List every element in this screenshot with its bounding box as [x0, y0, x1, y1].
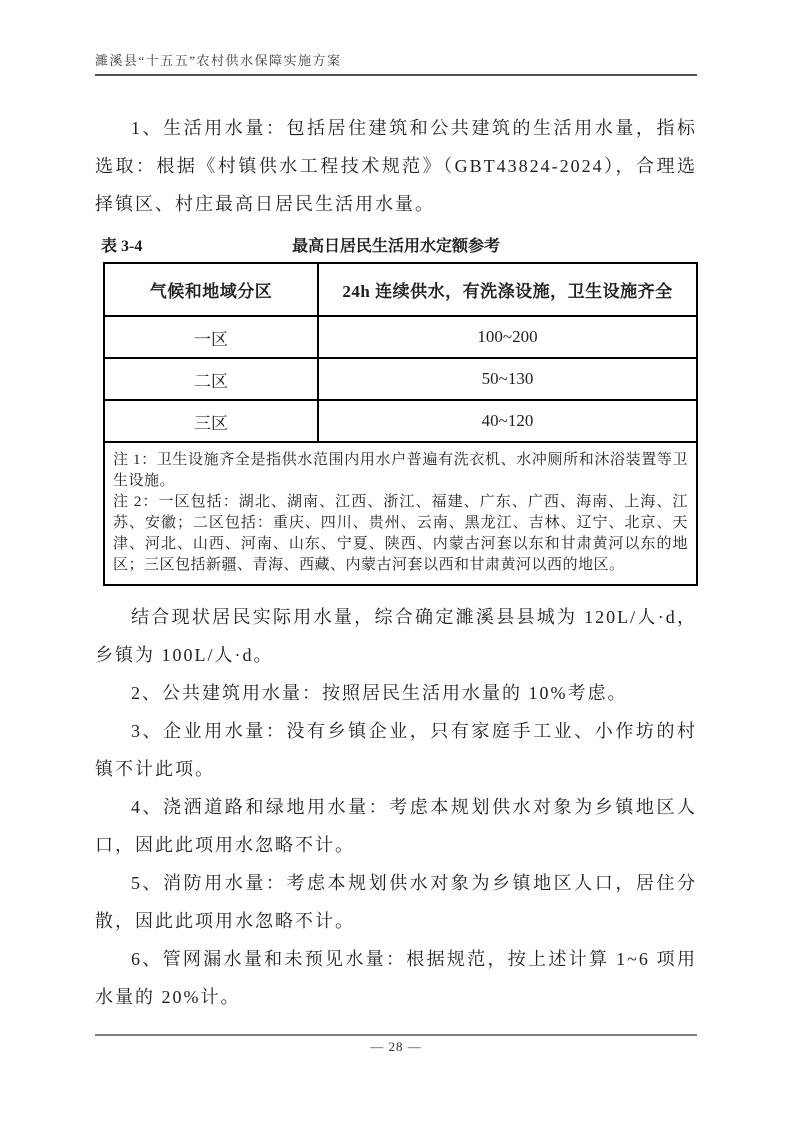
table-caption-label: 表 3-4 [101, 232, 142, 262]
table-row: 一区 100~200 [104, 316, 697, 358]
paragraph-firefighting: 5、消防用水量：考虑本规划供水对象为乡镇地区人口，居住分散，因此此项用水忽略不计… [95, 864, 697, 940]
table-header-row: 气候和地域分区 24h 连续供水，有洗涤设施，卫生设施齐全 [104, 263, 697, 316]
table-cell-region: 二区 [104, 358, 318, 400]
paragraph-leakage-unforeseen: 6、管网漏水量和未预见水量：根据规范，按上述计算 1~6 项用水量的 20%计。 [95, 940, 697, 1016]
table-header-supply: 24h 连续供水，有洗涤设施，卫生设施齐全 [318, 263, 697, 316]
page-footer: — 28 — [95, 1034, 697, 1056]
table-notes-row: 注 1：卫生设施齐全是指供水范围内用水户普遍有洗衣机、水冲厕所和沐浴装置等卫生设… [104, 442, 697, 585]
table-cell-region: 三区 [104, 400, 318, 442]
paragraph-domestic-water: 1、生活用水量：包括居住建筑和公共建筑的生活用水量，指标选取：根据《村镇供水工程… [95, 109, 697, 223]
header-rule [95, 74, 697, 76]
page-number: — 28 — [370, 1039, 422, 1055]
table-cell-value: 50~130 [318, 358, 697, 400]
paragraph-public-buildings: 2、公共建筑用水量：按照居民生活用水量的 10%考虑。 [95, 674, 697, 712]
paragraph-actual-usage: 结合现状居民实际用水量，综合确定濉溪县县城为 120L/人·d，乡镇为 100L… [95, 598, 697, 674]
table-note-2: 注 2：一区包括：湖北、湖南、江西、浙江、福建、广东、广西、海南、上海、江苏、安… [113, 492, 688, 576]
table-row: 二区 50~130 [104, 358, 697, 400]
table-row: 三区 40~120 [104, 400, 697, 442]
table-cell-value: 40~120 [318, 400, 697, 442]
paragraph-enterprise: 3、企业用水量：没有乡镇企业，只有家庭手工业、小作坊的村镇不计此项。 [95, 712, 697, 788]
table-note-1: 注 1：卫生设施齐全是指供水范围内用水户普遍有洗衣机、水冲厕所和沐浴装置等卫生设… [113, 450, 688, 492]
document-page: 濉溪县“十五五”农村供水保障实施方案 1、生活用水量：包括居住建筑和公共建筑的生… [0, 0, 793, 1122]
page-header: 濉溪县“十五五”农村供水保障实施方案 [95, 0, 697, 76]
paragraph-road-greening: 4、浇洒道路和绿地用水量：考虑本规划供水对象为乡镇地区人口，因此此项用水忽略不计… [95, 788, 697, 864]
water-quota-table: 气候和地域分区 24h 连续供水，有洗涤设施，卫生设施齐全 一区 100~200… [103, 262, 698, 586]
table-notes-cell: 注 1：卫生设施齐全是指供水范围内用水户普遍有洗衣机、水冲厕所和沐浴装置等卫生设… [104, 442, 697, 585]
table-caption: 表 3-4 最高日居民生活用水定额参考 [95, 232, 697, 262]
table-cell-value: 100~200 [318, 316, 697, 358]
table-caption-title: 最高日居民生活用水定额参考 [292, 238, 500, 255]
table-cell-region: 一区 [104, 316, 318, 358]
header-title: 濉溪县“十五五”农村供水保障实施方案 [95, 50, 697, 74]
table-header-region: 气候和地域分区 [104, 263, 318, 316]
